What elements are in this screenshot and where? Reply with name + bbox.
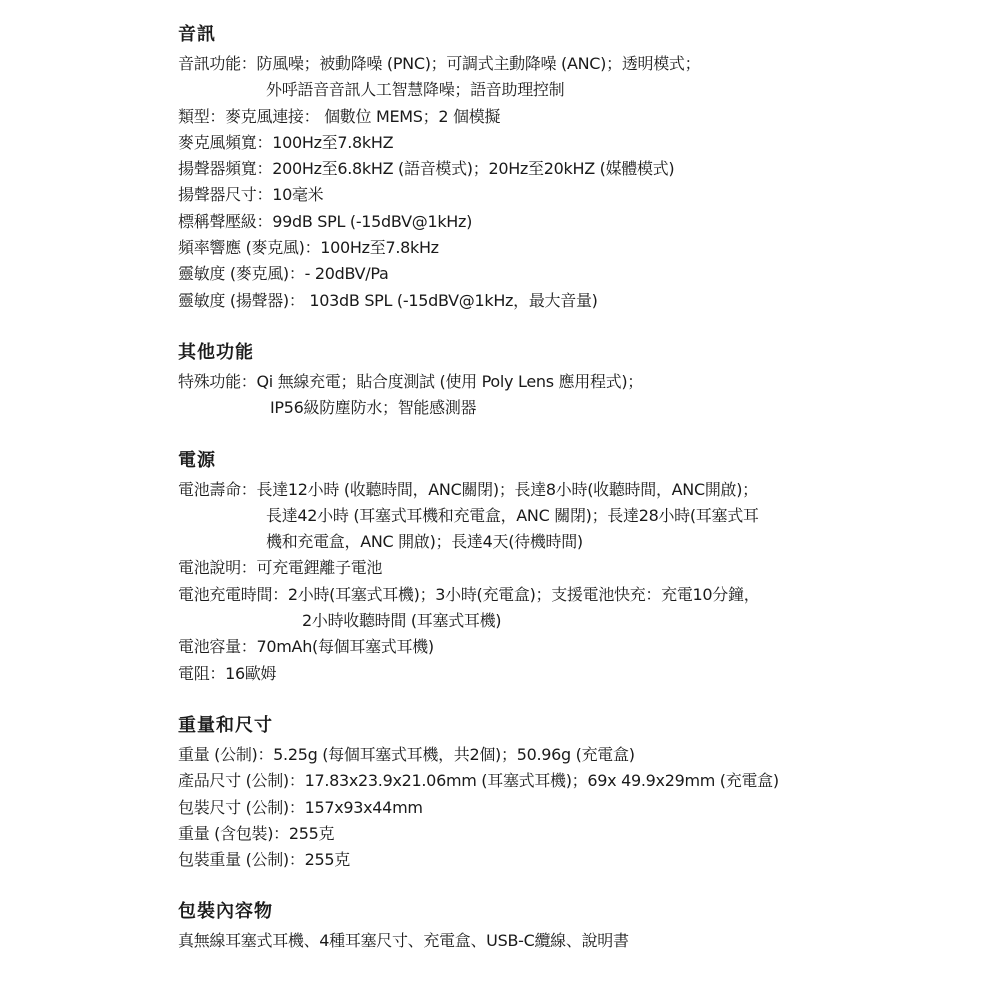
spec-charge-time-cont: 2小時收聽時間 (耳塞式耳機): [178, 608, 858, 634]
spec-package-weight: 包裝重量 (公制)：255克: [178, 847, 858, 873]
spec-impedance: 電阻：16歐姆: [178, 661, 858, 687]
spec-battery-life: 電池壽命：長達12小時 (收聽時間，ANC關閉)；長達8小時(收聽時間，ANC開…: [178, 477, 858, 503]
section-spacer: [178, 422, 858, 448]
section-title: 包裝內容物: [178, 899, 858, 925]
spec-special-features-cont: IP56級防塵防水；智能感測器: [178, 395, 858, 421]
section-audio: 音訊 音訊功能：防風噪；被動降噪 (PNC)；可調式主動降噪 (ANC)；透明模…: [178, 22, 858, 314]
spec-package-dimensions: 包裝尺寸 (公制)：157x93x44mm: [178, 795, 858, 821]
section-title: 其他功能: [178, 340, 858, 366]
spec-document: 音訊 音訊功能：防風噪；被動降噪 (PNC)；可調式主動降噪 (ANC)；透明模…: [178, 22, 858, 955]
spec-audio-features-cont: 外呼語音音訊人工智慧降噪；語音助理控制: [178, 77, 858, 103]
spec-package-contents: 真無線耳塞式耳機、4種耳塞尺寸、充電盒、USB-C纜線、說明書: [178, 928, 858, 954]
spec-audio-features: 音訊功能：防風噪；被動降噪 (PNC)；可調式主動降噪 (ANC)；透明模式；: [178, 51, 858, 77]
spec-mic-bandwidth: 麥克風頻寬：100Hz至7.8kHZ: [178, 130, 858, 156]
section-title: 電源: [178, 448, 858, 474]
spec-battery-type: 電池說明：可充電鋰離子電池: [178, 555, 858, 581]
spec-weight-with-package: 重量 (含包裝)：255克: [178, 821, 858, 847]
section-title: 音訊: [178, 22, 858, 48]
spec-mic-sensitivity: 靈敏度 (麥克風)：- 20dBV/Pa: [178, 261, 858, 287]
spec-weight: 重量 (公制)：5.25g (每個耳塞式耳機，共2個)；50.96g (充電盒): [178, 742, 858, 768]
spec-charge-time: 電池充電時間：2小時(耳塞式耳機)；3小時(充電盒)；支援電池快充：充電10分鐘…: [178, 582, 858, 608]
spec-special-features: 特殊功能：Qi 無線充電；貼合度測試 (使用 Poly Lens 應用程式)；: [178, 369, 858, 395]
section-title: 重量和尺寸: [178, 713, 858, 739]
spec-nominal-spl: 標稱聲壓級：99dB SPL (-15dBV@1kHz): [178, 209, 858, 235]
spec-speaker-sensitivity: 靈敏度 (揚聲器)： 103dB SPL (-15dBV@1kHz，最大音量): [178, 288, 858, 314]
spec-mic-frequency-response: 頻率響應 (麥克風)：100Hz至7.8kHz: [178, 235, 858, 261]
spec-battery-life-cont: 長達42小時 (耳塞式耳機和充電盒，ANC 關閉)；長達28小時(耳塞式耳: [178, 503, 858, 529]
spec-battery-capacity: 電池容量：70mAh(每個耳塞式耳機): [178, 634, 858, 660]
section-power: 電源 電池壽命：長達12小時 (收聽時間，ANC關閉)；長達8小時(收聽時間，A…: [178, 448, 858, 687]
section-package-contents: 包裝內容物 真無線耳塞式耳機、4種耳塞尺寸、充電盒、USB-C纜線、說明書: [178, 899, 858, 954]
spec-product-dimensions: 產品尺寸 (公制)：17.83x23.9x21.06mm (耳塞式耳機)；69x…: [178, 768, 858, 794]
section-spacer: [178, 687, 858, 713]
spec-battery-life-cont: 機和充電盒，ANC 開啟)；長達4天(待機時間): [178, 529, 858, 555]
section-spacer: [178, 873, 858, 899]
section-other-features: 其他功能 特殊功能：Qi 無線充電；貼合度測試 (使用 Poly Lens 應用…: [178, 340, 858, 422]
spec-speaker-bandwidth: 揚聲器頻寬：200Hz至6.8kHZ (語音模式)；20Hz至20kHZ (媒體…: [178, 156, 858, 182]
spec-speaker-size: 揚聲器尺寸：10毫米: [178, 182, 858, 208]
section-weight-dimensions: 重量和尺寸 重量 (公制)：5.25g (每個耳塞式耳機，共2個)；50.96g…: [178, 713, 858, 873]
spec-mic-type: 類型：麥克風連接： 個數位 MEMS；2 個模擬: [178, 104, 858, 130]
section-spacer: [178, 314, 858, 340]
